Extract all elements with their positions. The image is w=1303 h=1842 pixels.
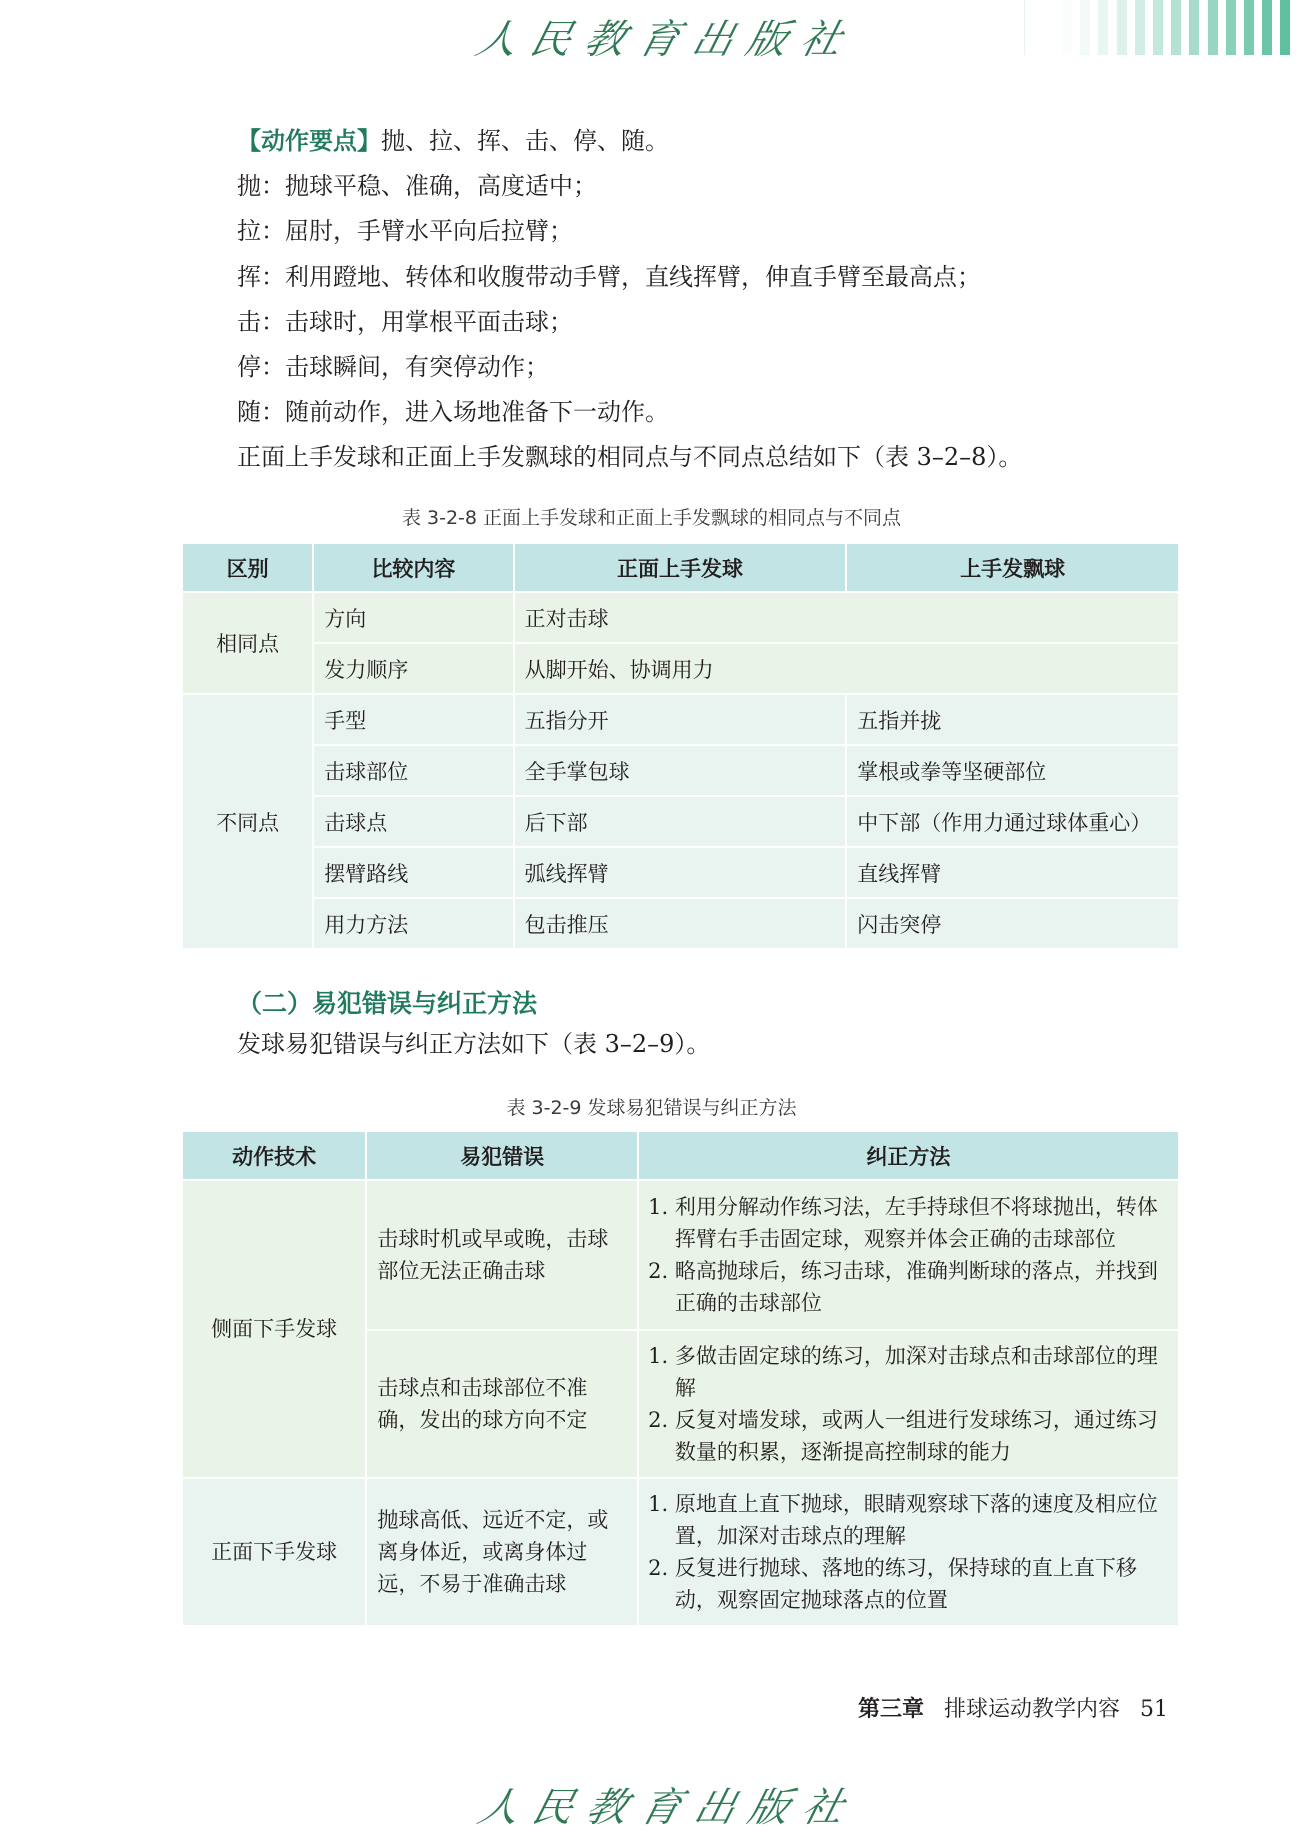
error-cell: 抛球高低、远近不定，或离身体近，或离身体过远，不易于准确击球 bbox=[367, 1479, 637, 1625]
stripe-bar bbox=[1080, 0, 1090, 55]
fix-cell: 多做击固定球的练习，加深对击球点和击球部位的理解 反复对墙发球，或两人一组进行发… bbox=[639, 1331, 1178, 1477]
table-caption: 表 3-2-9 发球易犯错误与纠正方法 bbox=[0, 1093, 1303, 1120]
cell-a: 弧线挥臂 bbox=[515, 848, 846, 897]
technique-cell: 正面下手发球 bbox=[183, 1479, 365, 1625]
stripe-bar bbox=[1153, 0, 1163, 55]
cell-b: 闪击突停 bbox=[847, 899, 1178, 948]
fix-cell: 原地直上直下抛球，眼睛观察球下落的速度及相应位置，加深对击球点的理解 反复进行抛… bbox=[639, 1479, 1178, 1625]
fix-item: 多做击固定球的练习，加深对击球点和击球部位的理解 bbox=[675, 1340, 1170, 1404]
stripe-bar bbox=[1117, 0, 1127, 55]
technique-cell: 侧面下手发球 bbox=[183, 1181, 365, 1477]
stripe-bar bbox=[1244, 0, 1254, 55]
stripe-bar bbox=[1262, 0, 1272, 55]
table-row: 侧面下手发球 击球时机或早或晚，击球部位无法正确击球 利用分解动作练习法，左手持… bbox=[183, 1181, 1178, 1329]
paragraph-line: 击：击球时，用掌根平面击球； bbox=[237, 307, 573, 337]
cell-a: 五指分开 bbox=[515, 695, 846, 744]
table-row: 用力方法 包击推压 闪击突停 bbox=[183, 899, 1178, 948]
stripe-bar bbox=[1226, 0, 1236, 55]
column-header: 动作技术 bbox=[183, 1132, 365, 1179]
decorative-stripes bbox=[1024, 0, 1303, 55]
table-row: 发力顺序 从脚开始、协调用力 bbox=[183, 644, 1178, 693]
section-heading: （二）易犯错误与纠正方法 bbox=[237, 984, 537, 1020]
divider bbox=[1024, 0, 1025, 55]
paragraph-line: 拉：屈肘，手臂水平向后拉臂； bbox=[237, 216, 573, 246]
column-header: 区别 bbox=[183, 544, 312, 591]
comparison-table: 区别 比较内容 正面上手发球 上手发飘球 相同点 方向 正对击球 发力顺序 从脚… bbox=[181, 542, 1180, 950]
chapter-label: 第三章 bbox=[858, 1696, 924, 1722]
cell-b: 五指并拢 bbox=[847, 695, 1178, 744]
key-points-label: 【动作要点】 bbox=[237, 126, 381, 155]
stripe-bar bbox=[1280, 0, 1290, 55]
cell-a: 包击推压 bbox=[515, 899, 846, 948]
table-row: 摆臂路线 弧线挥臂 直线挥臂 bbox=[183, 848, 1178, 897]
publisher-logo: 人民教育出版社 bbox=[471, 8, 863, 65]
cell-value: 正对击球 bbox=[515, 593, 1178, 642]
page-number: 51 bbox=[1140, 1697, 1168, 1722]
stripe-bar bbox=[1062, 0, 1072, 55]
cell-a: 全手掌包球 bbox=[515, 746, 846, 795]
chapter-title: 排球运动教学内容 bbox=[944, 1697, 1120, 1722]
page-footer: 第三章排球运动教学内容51 bbox=[858, 1692, 1168, 1723]
error-cell: 击球点和击球部位不准确，发出的球方向不定 bbox=[367, 1331, 637, 1477]
stripe-bar bbox=[1189, 0, 1199, 55]
table-row: 击球部位 全手掌包球 掌根或拳等坚硬部位 bbox=[183, 746, 1178, 795]
cell-item: 摆臂路线 bbox=[314, 848, 512, 897]
errors-table: 动作技术 易犯错误 纠正方法 侧面下手发球 击球时机或早或晚，击球部位无法正确击… bbox=[181, 1130, 1180, 1627]
stripe-bar bbox=[1098, 0, 1108, 55]
table-row: 正面下手发球 抛球高低、远近不定，或离身体近，或离身体过远，不易于准确击球 原地… bbox=[183, 1479, 1178, 1625]
column-header: 纠正方法 bbox=[639, 1132, 1178, 1179]
paragraph-line: 挥：利用蹬地、转体和收腹带动手臂，直线挥臂，伸直手臂至最高点； bbox=[237, 262, 981, 292]
cell-value: 从脚开始、协调用力 bbox=[515, 644, 1178, 693]
fix-item: 反复对墙发球，或两人一组进行发球练习，通过练习数量的积累，逐渐提高控制球的能力 bbox=[675, 1404, 1170, 1468]
key-points-text: 抛、拉、挥、击、停、随。 bbox=[381, 127, 669, 155]
cell-item: 方向 bbox=[314, 593, 512, 642]
cell-item: 用力方法 bbox=[314, 899, 512, 948]
paragraph-line: 停：击球瞬间，有突停动作； bbox=[237, 352, 549, 382]
fix-item: 略高抛球后，练习击球，准确判断球的落点，并找到正确的击球部位 bbox=[675, 1255, 1170, 1319]
column-header: 正面上手发球 bbox=[515, 544, 846, 591]
stripe-bar bbox=[1208, 0, 1218, 55]
table-row: 不同点 手型 五指分开 五指并拢 bbox=[183, 695, 1178, 744]
column-header: 比较内容 bbox=[314, 544, 512, 591]
stripe-bar bbox=[1171, 0, 1181, 55]
paragraph-line: 随：随前动作，进入场地准备下一动作。 bbox=[237, 397, 669, 427]
fix-item: 反复进行抛球、落地的练习，保持球的直上直下移动，观察固定抛球落点的位置 bbox=[675, 1552, 1170, 1616]
cell-a: 后下部 bbox=[515, 797, 846, 846]
error-cell: 击球时机或早或晚，击球部位无法正确击球 bbox=[367, 1181, 637, 1329]
stripe-bar bbox=[1135, 0, 1145, 55]
fix-cell: 利用分解动作练习法，左手持球但不将球抛出，转体挥臂右手击固定球，观察并体会正确的… bbox=[639, 1181, 1178, 1329]
paragraph-line: 发球易犯错误与纠正方法如下（表 3–2–9）。 bbox=[237, 1029, 710, 1059]
fix-item: 原地直上直下抛球，眼睛观察球下落的速度及相应位置，加深对击球点的理解 bbox=[675, 1488, 1170, 1552]
table-row: 击球点 后下部 中下部（作用力通过球体重心） bbox=[183, 797, 1178, 846]
paragraph-line: 正面上手发球和正面上手发飘球的相同点与不同点总结如下（表 3–2–8）。 bbox=[237, 442, 1022, 472]
cell-item: 发力顺序 bbox=[314, 644, 512, 693]
publisher-logo: 人民教育出版社 bbox=[473, 1776, 865, 1833]
table-row: 相同点 方向 正对击球 bbox=[183, 593, 1178, 642]
group-label-same: 相同点 bbox=[183, 593, 312, 693]
cell-item: 击球部位 bbox=[314, 746, 512, 795]
cell-item: 手型 bbox=[314, 695, 512, 744]
table-header-row: 区别 比较内容 正面上手发球 上手发飘球 bbox=[183, 544, 1178, 591]
cell-item: 击球点 bbox=[314, 797, 512, 846]
cell-b: 直线挥臂 bbox=[847, 848, 1178, 897]
table-caption: 表 3-2-8 正面上手发球和正面上手发飘球的相同点与不同点 bbox=[0, 503, 1303, 530]
fix-item: 利用分解动作练习法，左手持球但不将球抛出，转体挥臂右手击固定球，观察并体会正确的… bbox=[675, 1191, 1170, 1255]
paragraph-line: 抛：抛球平稳、准确，高度适中； bbox=[237, 171, 597, 201]
cell-b: 掌根或拳等坚硬部位 bbox=[847, 746, 1178, 795]
cell-b: 中下部（作用力通过球体重心） bbox=[847, 797, 1178, 846]
column-header: 易犯错误 bbox=[367, 1132, 637, 1179]
column-header: 上手发飘球 bbox=[847, 544, 1178, 591]
group-label-diff: 不同点 bbox=[183, 695, 312, 948]
table-header-row: 动作技术 易犯错误 纠正方法 bbox=[183, 1132, 1178, 1179]
key-points-line: 【动作要点】抛、拉、挥、击、停、随。 bbox=[237, 126, 669, 156]
